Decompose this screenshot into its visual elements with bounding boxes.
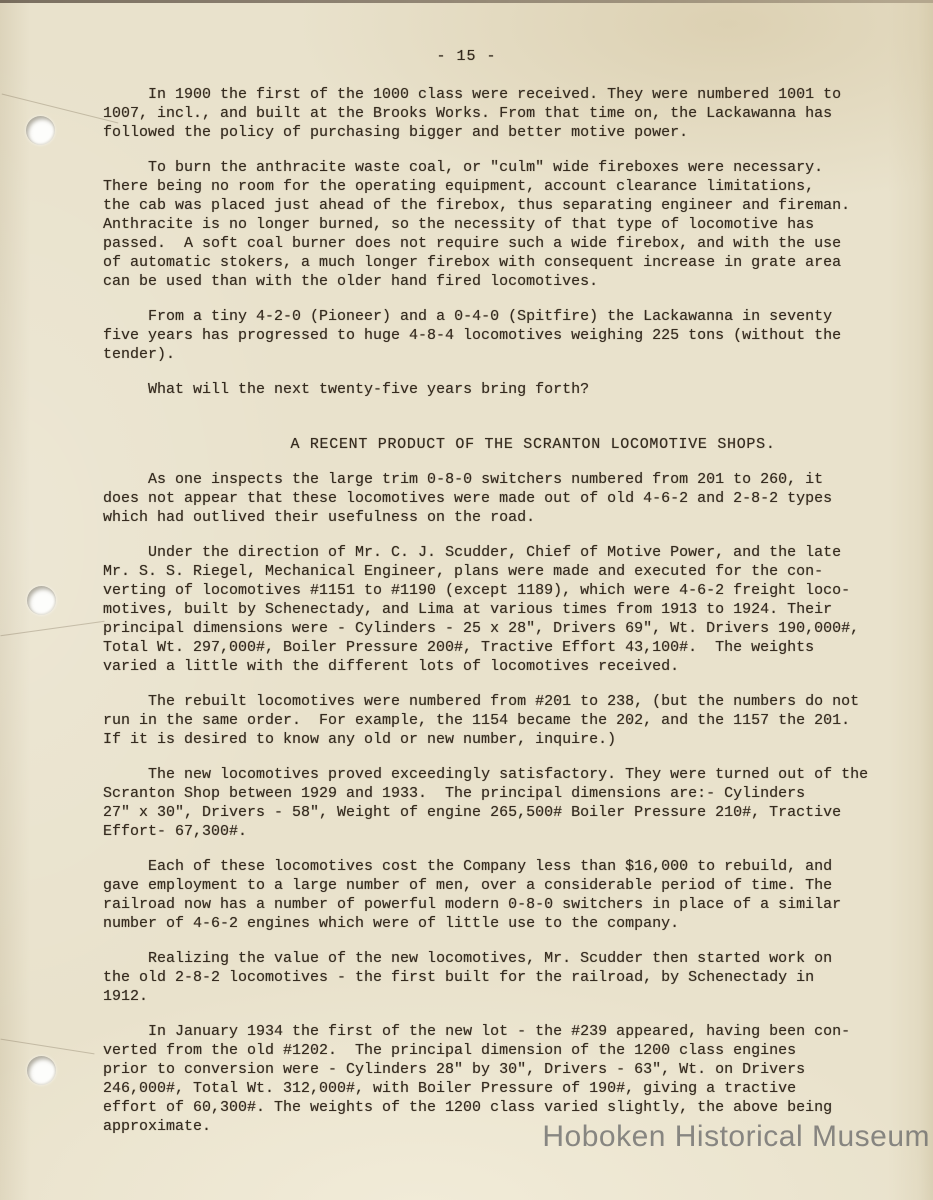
paper-crease [2, 93, 119, 123]
paragraph-pioneer-spitfire: From a tiny 4-2-0 (Pioneer) and a 0-4-0 … [103, 307, 893, 364]
section-heading: A RECENT PRODUCT OF THE SCRANTON LOCOMOT… [103, 435, 893, 454]
scan-edge-top [0, 0, 933, 3]
page-number: - 15 - [0, 48, 933, 65]
hole-punch-bottom [27, 1056, 56, 1085]
paper-crease [0, 621, 104, 637]
paragraph-culm-fireboxes: To burn the anthracite waste coal, or "c… [103, 158, 893, 291]
paragraph-1934-conversion: In January 1934 the first of the new lot… [103, 1022, 893, 1136]
watermark: Hoboken Historical Museum [542, 1120, 930, 1154]
document-page: - 15 - In 1900 the first of the 1000 cla… [0, 0, 933, 1200]
paragraph-282-work: Realizing the value of the new locomotiv… [103, 949, 893, 1006]
document-body: In 1900 the first of the 1000 class were… [103, 85, 893, 1152]
paragraph-rebuild-cost: Each of these locomotives cost the Compa… [103, 857, 893, 933]
paragraph-switchers: As one inspects the large trim 0-8-0 swi… [103, 470, 893, 527]
hole-punch-middle [27, 586, 56, 615]
paper-crease [1, 1039, 95, 1055]
paragraph-1000-class: In 1900 the first of the 1000 class were… [103, 85, 893, 142]
paragraph-scudder-riegel: Under the direction of Mr. C. J. Scudder… [103, 543, 893, 676]
paragraph-question: What will the next twenty-five years bri… [103, 380, 893, 399]
hole-punch-top [26, 116, 55, 145]
paragraph-rebuilt-numbering: The rebuilt locomotives were numbered fr… [103, 692, 893, 749]
paragraph-new-dimensions: The new locomotives proved exceedingly s… [103, 765, 893, 841]
